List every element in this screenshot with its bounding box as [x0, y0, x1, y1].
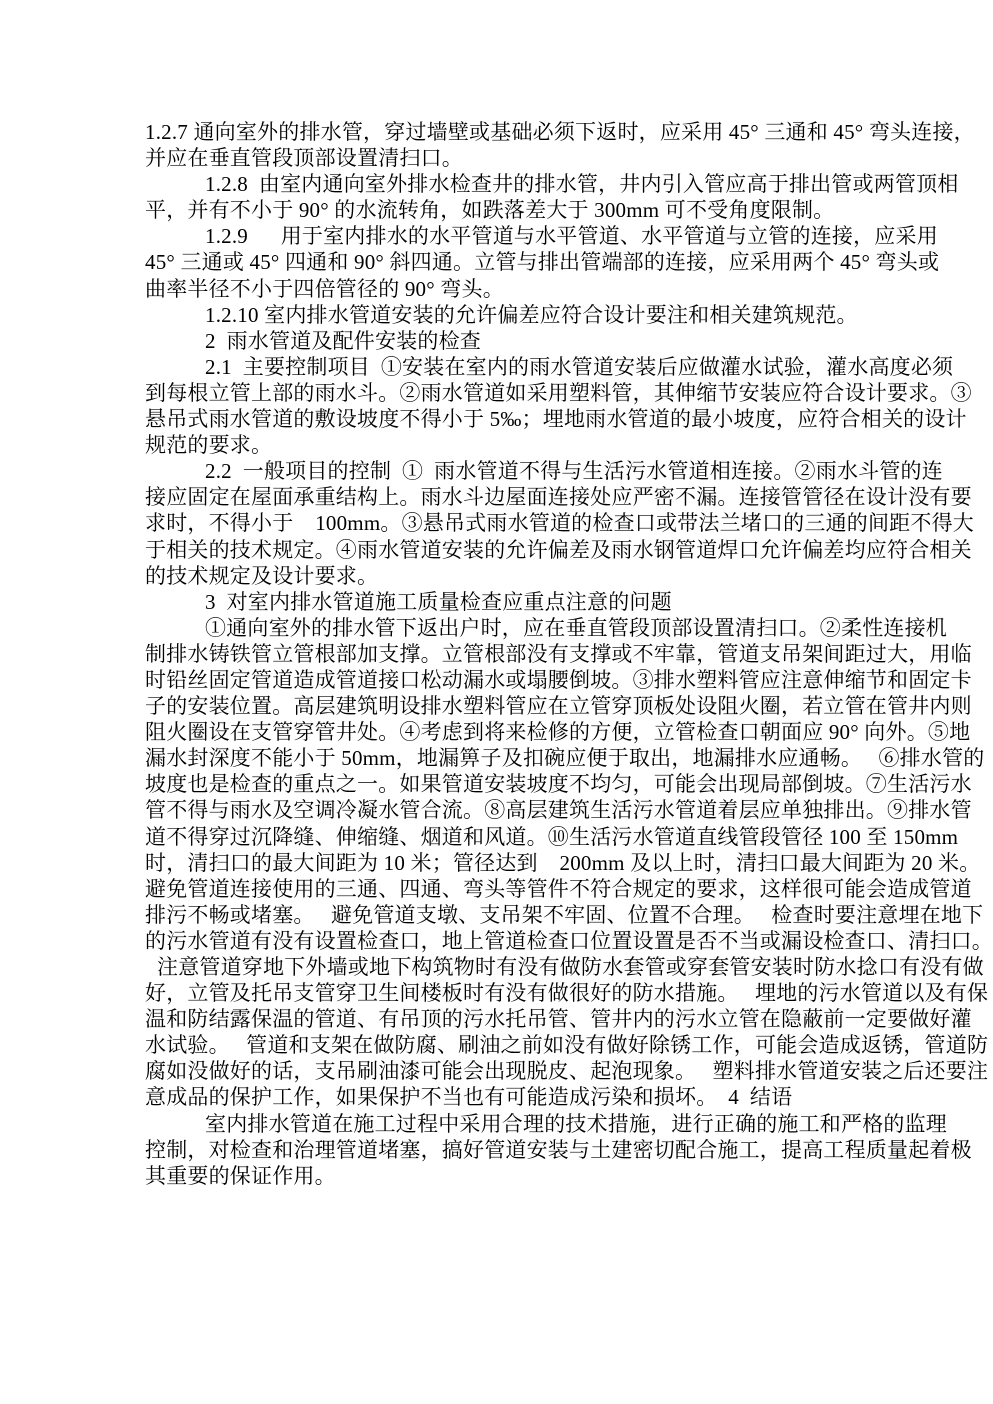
text-line: 时，清扫口的最大间距为 10 米；管径达到 200mm 及以上时，清扫口最大间距… [145, 850, 885, 876]
text-line: 排污不畅或堵塞。 避免管道支墩、支吊架不牢固、位置不合理。 检查时要注意埋在地下 [145, 902, 885, 928]
text-line: 2.1 主要控制项目 ①安装在室内的雨水管道安装后应做灌水试验，灌水高度必须 [145, 354, 885, 380]
text-line: 接应固定在屋面承重结构上。雨水斗边屋面连接处应严密不漏。连接管管径在设计没有要 [145, 484, 885, 510]
text-line: 意成品的保护工作，如果保护不当也有可能造成污染和损坏。 4 结语 [145, 1084, 885, 1110]
text-line: 45° 三通或 45° 四通和 90° 斜四通。立管与排出管端部的连接，应采用两… [145, 249, 885, 275]
text-line: 坡度也是检查的重点之一。如果管道安装坡度不均匀，可能会出现局部倒坡。⑦生活污水 [145, 771, 885, 797]
text-line: 温和防结露保温的管道、有吊顶的污水托吊管、管井内的污水立管在隐蔽前一定要做好灌 [145, 1006, 885, 1032]
text-line: 的污水管道有没有设置检查口，地上管道检查口位置设置是否不当或漏设检查口、清扫口。 [145, 928, 885, 954]
text-line: 3 对室内排水管道施工质量检查应重点注意的问题 [145, 589, 885, 615]
text-line: 规范的要求。 [145, 432, 885, 458]
text-line: 1.2.10 室内排水管道安装的允许偏差应符合设计要注和相关建筑规范。 [145, 302, 885, 328]
text-line: ①通向室外的排水管下返出户时，应在垂直管段顶部设置清扫口。②柔性连接机 [145, 615, 885, 641]
text-line: 悬吊式雨水管道的敷设坡度不得小于 5‰；埋地雨水管道的最小坡度，应符合相关的设计 [145, 406, 885, 432]
text-line: 制排水铸铁管立管根部加支撑。立管根部没有支撑或不牢靠，管道支吊架间距过大，用临 [145, 641, 885, 667]
text-line: 好，立管及托吊支管穿卫生间楼板时有没有做很好的防水措施。 埋地的污水管道以及有保 [145, 980, 885, 1006]
text-line: 管不得与雨水及空调冷凝水管合流。⑧高层建筑生活污水管道着层应单独排出。⑨排水管 [145, 797, 885, 823]
text-line: 注意管道穿地下外墙或地下构筑物时有没有做防水套管或穿套管安装时防水捻口有没有做 [145, 954, 885, 980]
text-line: 曲率半径不小于四倍管径的 90° 弯头。 [145, 276, 885, 302]
text-line: 于相关的技术规定。④雨水管道安装的允许偏差及雨水钢管道焊口允许偏差均应符合相关 [145, 537, 885, 563]
text-line: 时铅丝固定管道造成管道接口松动漏水或塌腰倒坡。③排水塑料管应注意伸缩节和固定卡 [145, 667, 885, 693]
text-line: 阻火圈设在支管穿管井处。④考虑到将来检修的方便，立管检查口朝面应 90° 向外。… [145, 719, 885, 745]
text-line: 控制，对检查和治理管道堵塞，搞好管道安装与土建密切配合施工，提高工程质量起着极 [145, 1137, 885, 1163]
document-text: 1.2.7 通向室外的排水管，穿过墙壁或基础必须下返时，应采用 45° 三通和 … [145, 119, 885, 1189]
text-line: 1.2.8 由室内通向室外排水检查井的排水管，井内引入管应高于排出管或两管顶相 [145, 171, 885, 197]
text-line: 子的安装位置。高层建筑明设排水塑料管应在立管穿顶板处设阻火圈，若立管在管井内则 [145, 693, 885, 719]
text-line: 平，并有不小于 90° 的水流转角，如跌落差大于 300mm 可不受角度限制。 [145, 197, 885, 223]
document-page: 1.2.7 通向室外的排水管，穿过墙壁或基础必须下返时，应采用 45° 三通和 … [0, 0, 993, 1404]
text-line: 求时，不得小于 100mm。③悬吊式雨水管道的检查口或带法兰堵口的三通的间距不得… [145, 510, 885, 536]
text-line: 1.2.7 通向室外的排水管，穿过墙壁或基础必须下返时，应采用 45° 三通和 … [145, 119, 885, 145]
text-line: 2.2 一般项目的控制 ① 雨水管道不得与生活污水管道相连接。②雨水斗管的连 [145, 458, 885, 484]
text-line: 水试验。 管道和支架在做防腐、刷油之前如没有做好除锈工作，可能会造成返锈，管道防 [145, 1032, 885, 1058]
text-line: 并应在垂直管段顶部设置清扫口。 [145, 145, 885, 171]
text-line: 避免管道连接使用的三通、四通、弯头等管件不符合规定的要求，这样很可能会造成管道 [145, 876, 885, 902]
text-line: 2 雨水管道及配件安装的检查 [145, 328, 885, 354]
text-line: 漏水封深度不能小于 50mm，地漏箅子及扣碗应便于取出，地漏排水应通畅。 ⑥排水… [145, 745, 885, 771]
text-line: 到每根立管上部的雨水斗。②雨水管道如采用塑料管，其伸缩节安装应符合设计要求。③ [145, 380, 885, 406]
text-line: 室内排水管道在施工过程中采用合理的技术措施，进行正确的施工和严格的监理 [145, 1111, 885, 1137]
text-line: 道不得穿过沉降缝、伸缩缝、烟道和风道。⑩生活污水管道直线管段管径 100 至 1… [145, 824, 885, 850]
text-line: 的技术规定及设计要求。 [145, 563, 885, 589]
text-line: 1.2.9 用于室内排水的水平管道与水平管道、水平管道与立管的连接，应采用 [145, 223, 885, 249]
text-line: 腐如没做好的话，支吊刷油漆可能会出现脱皮、起泡现象。 塑料排水管道安装之后还要注 [145, 1058, 885, 1084]
text-line: 其重要的保证作用。 [145, 1163, 885, 1189]
